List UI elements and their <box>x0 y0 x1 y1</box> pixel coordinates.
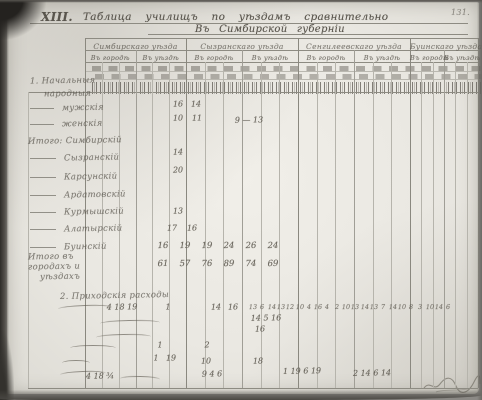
handwritten-number: 18 <box>253 356 263 365</box>
handwritten-figure-small: 12 <box>286 303 294 311</box>
handwritten-number: 13 <box>173 206 183 215</box>
half-boundary-rule <box>444 50 445 388</box>
handwritten-figure-small: 13 <box>277 303 285 311</box>
handwritten-total: 57 <box>179 259 190 269</box>
row-label: 2. Приходскія расходы <box>60 290 169 302</box>
handwritten-number: 14 <box>211 302 221 311</box>
handwritten-number: 14 <box>191 99 201 108</box>
handwritten-total: 61 <box>157 259 168 269</box>
handwritten-figure-small: 14 <box>388 303 396 311</box>
row-label-dash <box>30 229 56 230</box>
rotated-column-labels-band <box>92 82 482 94</box>
handwritten-number: 1 <box>157 340 162 349</box>
row-label: Ардатовскій <box>64 189 126 200</box>
handwritten-figure-small: 16 <box>314 303 322 311</box>
table-horizontal-rule <box>85 71 478 72</box>
table-horizontal-rule <box>85 62 478 63</box>
handwritten-total: 26 <box>245 241 256 251</box>
paper-sheet: XIII. Таблица училищъ по уѣздамъ сравнит… <box>7 2 479 394</box>
handwritten-figure-small: 2 <box>335 303 339 311</box>
handwritten-number: 1 <box>153 353 158 362</box>
subcolumn-rule <box>391 62 392 388</box>
row-label: Итого: Симбирскій <box>28 135 122 147</box>
handwritten-total: 69 <box>267 259 278 269</box>
table-horizontal-rule <box>28 92 478 93</box>
handwritten-number: 19 <box>166 353 176 362</box>
handwritten-figure-small: 10 <box>398 303 406 311</box>
handwritten-figure-small: 8 <box>409 303 413 311</box>
group-boundary-rule <box>478 38 479 388</box>
handwritten-figure-small: 13 <box>351 303 359 311</box>
subcolumn-rule <box>467 62 468 388</box>
row-label: Сызранскій <box>64 153 119 164</box>
row-label: женскія <box>62 119 103 130</box>
handwritten-number: 2 14 6 14 <box>353 368 391 378</box>
subcolumn-rule <box>373 62 374 388</box>
handwritten-total: 24 <box>223 241 234 251</box>
title-numeral: XIII. <box>41 10 73 24</box>
subcolumn-rule <box>205 62 206 388</box>
half-label: Въ уѣздѣ <box>136 54 187 62</box>
table-horizontal-rule <box>28 388 478 389</box>
half-boundary-rule <box>242 50 243 388</box>
handwritten-figure-small: 6 <box>260 303 264 311</box>
half-label: Въ городѣ <box>186 54 242 62</box>
handwritten-number: 9 — 13 <box>235 115 264 124</box>
subcolumn-rule <box>433 62 434 388</box>
handwritten-number: 1 19 6 19 <box>283 366 321 376</box>
row-label: мужскія <box>62 103 104 114</box>
row-label-dash <box>30 195 56 196</box>
handwritten-number: 11 <box>192 113 202 122</box>
group-boundary-rule <box>186 38 187 388</box>
subcolumn-rule <box>279 62 280 388</box>
subcolumn-rule <box>455 62 456 388</box>
handwritten-number: 20 <box>173 165 183 174</box>
half-label: Въ городѣ <box>85 54 136 62</box>
row-label-dash <box>30 108 54 109</box>
handwritten-scrawl <box>70 345 116 351</box>
handwritten-scrawl <box>58 304 112 312</box>
handwritten-figure-small: 4 <box>307 303 311 311</box>
handwritten-total: 76 <box>201 259 212 269</box>
column-group-header: Симбирскаго уѣзда <box>85 42 186 51</box>
handwritten-number: 17 <box>167 223 177 232</box>
row-label: Карсунскій <box>64 172 118 183</box>
handwritten-number: 14 <box>173 147 183 156</box>
handwritten-scrawl <box>120 376 160 383</box>
row-label: народныя <box>44 89 91 100</box>
row-label: 1. Начальныя <box>30 75 96 86</box>
row-label-dash <box>30 212 56 213</box>
handwritten-total: 19 <box>201 241 212 251</box>
handwritten-scrawl <box>100 319 160 326</box>
handwritten-figure-small: 14 <box>435 303 443 311</box>
handwritten-figure-small: 7 <box>381 303 385 311</box>
handwritten-figure-small: 4 <box>325 303 329 311</box>
handwritten-total: 16 <box>157 241 168 251</box>
handwritten-number: 2 <box>204 340 209 349</box>
half-label: Въ уѣздѣ <box>242 54 298 62</box>
handwritten-number: 16 <box>173 99 183 108</box>
handwritten-number: 16 <box>187 223 197 232</box>
subcolumn-rule <box>152 62 153 388</box>
handwritten-scrawl <box>62 360 90 366</box>
handwritten-figure-small: 10 <box>342 303 350 311</box>
handwritten-number: 16 <box>255 324 265 333</box>
subcolumn-rule <box>261 62 262 388</box>
group-boundary-rule <box>410 38 411 388</box>
handwritten-figure-small: 13 <box>370 303 378 311</box>
handwritten-figure-small: 14 <box>267 303 275 311</box>
handwritten-figure-small: 14 <box>360 303 368 311</box>
column-microtext-band <box>92 74 482 79</box>
handwritten-number: 16 <box>228 302 238 311</box>
handwritten-figure-small: 10 <box>295 303 303 311</box>
subcolumn-rule <box>317 62 318 388</box>
row-label: Алатырскій <box>64 223 123 234</box>
group-boundary-rule <box>298 38 299 388</box>
handwritten-number: 14 5 16 <box>251 313 282 323</box>
handwritten-number: 9 4 6 <box>202 369 223 378</box>
handwritten-number: 10 <box>173 113 183 122</box>
handwritten-figure-small: 13 <box>249 303 257 311</box>
column-group-header: Сызранскаго уѣзда <box>186 42 298 51</box>
half-label: Въ уѣздѣ <box>354 54 410 62</box>
subcolumn-rule <box>335 62 336 388</box>
half-label: Въ городѣ <box>298 54 354 62</box>
handwritten-total: 74 <box>245 259 256 269</box>
row-label-dash <box>30 124 54 125</box>
subcolumn-rule <box>223 62 224 388</box>
row-label-dash <box>30 158 56 159</box>
column-group-header: Сенгилеевскаго уѣзда <box>298 42 410 51</box>
handwritten-number: 1 <box>165 302 170 311</box>
column-microtext-band <box>92 66 482 71</box>
handwritten-total: 89 <box>223 259 234 269</box>
table-horizontal-rule <box>85 79 478 80</box>
page-title: Таблица училищъ по уѣздамъ сравнительно <box>83 11 388 23</box>
page-number: 131. <box>451 8 470 17</box>
handwritten-total: 19 <box>179 241 190 251</box>
signature-scribble <box>422 370 482 396</box>
page-subtitle: Въ Симбирской губерніи <box>195 24 345 35</box>
handwritten-scrawl <box>96 334 151 341</box>
handwritten-figure-small: 10 <box>425 303 433 311</box>
table-horizontal-rule <box>85 38 478 39</box>
half-boundary-rule <box>354 50 355 388</box>
column-group-header: Буинскаго уѣзда <box>410 42 478 51</box>
handwritten-total: 24 <box>267 241 278 251</box>
subcolumn-rule <box>421 62 422 388</box>
handwritten-figure-small: 6 <box>446 303 450 311</box>
handwritten-figure-small: 3 <box>418 303 422 311</box>
scanned-page: XIII. Таблица училищъ по уѣздамъ сравнит… <box>0 0 482 400</box>
half-label: Въ городѣ <box>410 54 444 62</box>
half-label: Въ уѣздѣ <box>444 54 478 62</box>
row-label: уѣздахъ <box>40 272 80 283</box>
row-label: Курмышскій <box>64 206 124 217</box>
handwritten-number: 10 <box>201 356 211 365</box>
row-label-dash <box>30 177 56 178</box>
row-label-dash <box>30 247 56 248</box>
